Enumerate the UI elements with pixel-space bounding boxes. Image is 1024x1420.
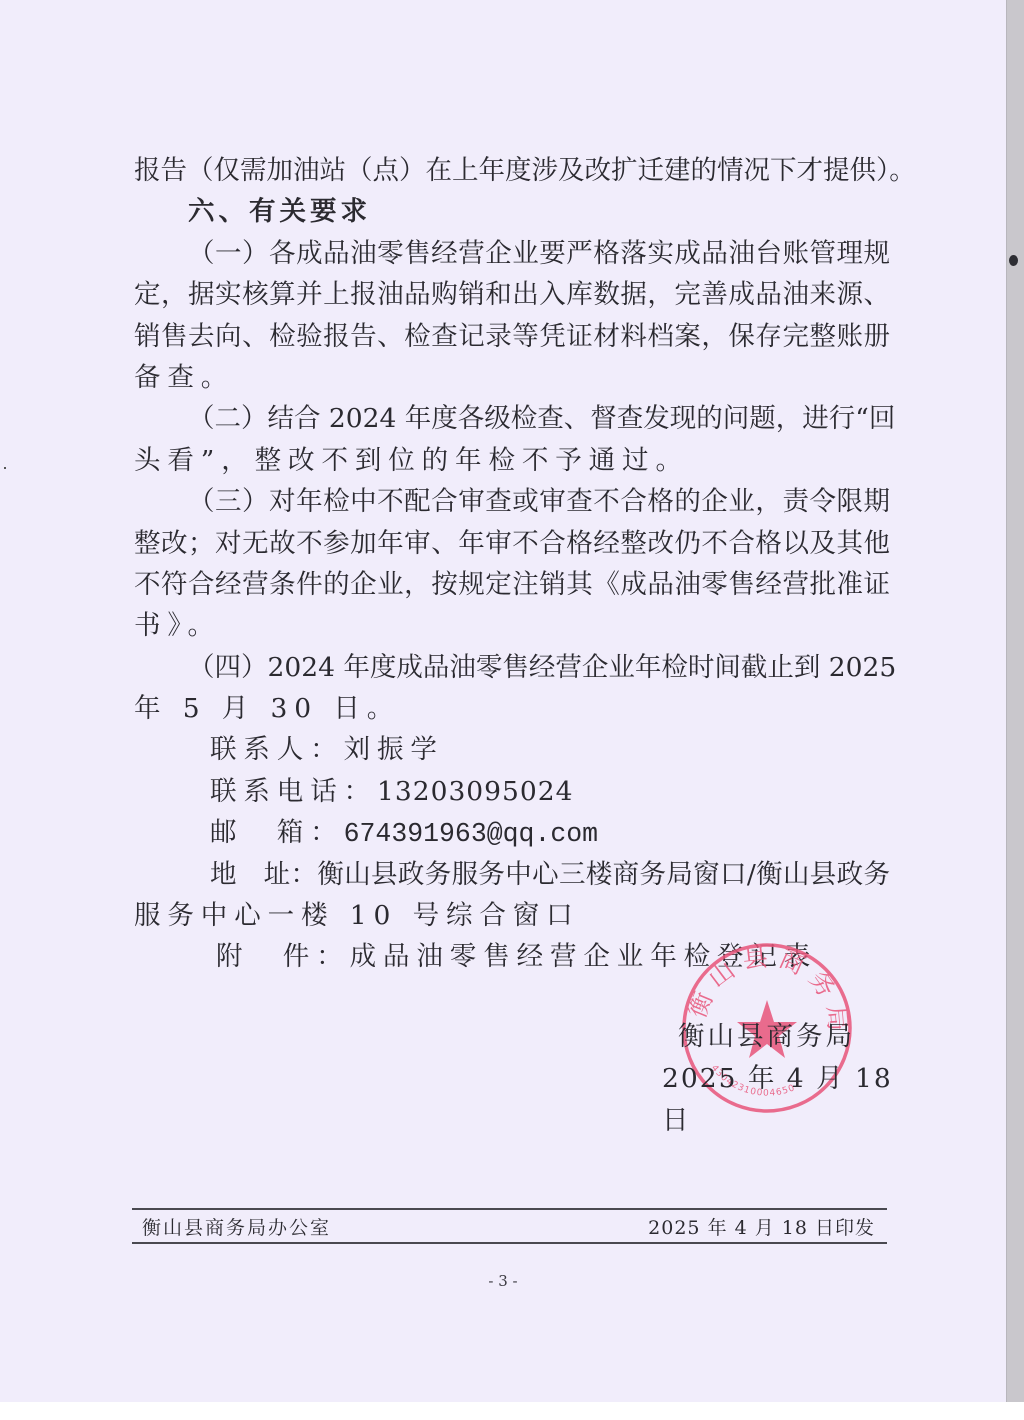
scan-speck	[4, 467, 6, 469]
contact-phone: 联系电话：13203095024	[134, 771, 890, 812]
paragraph-line: 年 5 月 30 日。	[134, 688, 890, 729]
contact-phone-value: 13203095024	[377, 776, 573, 807]
paragraph-line: 不符合经营条件的企业，按规定注销其《成品油零售经营批准证	[134, 564, 890, 605]
paragraph-line: （四）2024 年度成品油零售经营企业年检时间截止到 2025	[134, 647, 890, 688]
paragraph-line: 书》。	[134, 605, 890, 646]
contact-email-value[interactable]: 674391963@qq.com	[344, 819, 598, 849]
paragraph-line: 头看”，整改不到位的年检不予通过。	[134, 440, 890, 481]
signature-date: 2025 年 4 月 18 日	[662, 1058, 898, 1142]
section-heading: 六、有关要求	[134, 191, 890, 232]
contact-address-cont: 服务中心一楼 10 号综合窗口	[134, 895, 890, 936]
signature-block: 衡山县商务局 2025 年 4 月 18 日	[668, 1016, 898, 1142]
contact-address-value: 衡山县政务服务中心三楼商务局窗口/衡山县政务	[317, 859, 890, 890]
contact-person-value: 刘振学	[344, 734, 444, 765]
contact-address: 地 址：衡山县政务服务中心三楼商务局窗口/衡山县政务	[134, 854, 890, 895]
paragraph-line: （三）对年检中不配合审查或审查不合格的企业，责令限期	[134, 481, 890, 522]
page-number: - 3 -	[0, 1272, 1006, 1290]
contact-email-label: 邮 箱：	[210, 817, 344, 848]
paragraph-line: 整改；对无故不参加年审、年审不合格经整改仍不合格以及其他	[134, 523, 890, 564]
contact-address-label: 地 址：	[210, 859, 317, 890]
issue-footer: 衡山县商务局办公室 2025 年 4 月 18 日印发	[132, 1208, 887, 1244]
paragraph-line: （二）结合 2024 年度各级检查、督查发现的问题，进行“回	[134, 398, 890, 439]
footer-issue-date: 2025 年 4 月 18 日印发	[648, 1213, 875, 1240]
paragraph-line: （一）各成品油零售经营企业要严格落实成品油台账管理规	[134, 233, 890, 274]
scan-edge	[1006, 0, 1024, 1402]
contact-person-label: 联系人：	[210, 734, 344, 765]
paragraph-line: 定，据实核算并上报油品购销和出入库数据，完善成品油来源、	[134, 274, 890, 315]
signature-organization: 衡山县商务局	[668, 1016, 898, 1058]
paragraph-line: 备查。	[134, 357, 890, 398]
contact-phone-label: 联系电话：	[210, 776, 377, 807]
contact-person: 联系人：刘振学	[134, 729, 890, 770]
paragraph-line: 报告（仅需加油站（点）在上年度涉及改扩迁建的情况下才提供）。	[134, 150, 890, 191]
attachment-label: 附 件：	[216, 941, 350, 972]
scan-hole-mark	[1009, 255, 1018, 266]
paragraph-line: 销售去向、检验报告、检查记录等凭证材料档案，保存完整账册	[134, 316, 890, 357]
document-body: 报告（仅需加油站（点）在上年度涉及改扩迁建的情况下才提供）。 六、有关要求 （一…	[134, 150, 890, 978]
contact-email: 邮 箱：674391963@qq.com	[134, 812, 890, 853]
footer-issuer: 衡山县商务局办公室	[142, 1213, 331, 1240]
